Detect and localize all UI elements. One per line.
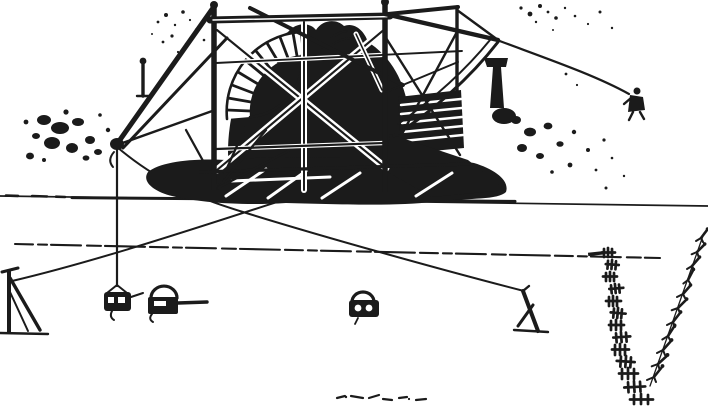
- engraving-canvas: [0, 0, 708, 419]
- engraving-figure: [0, 0, 708, 419]
- left-apex-junction: [110, 138, 124, 150]
